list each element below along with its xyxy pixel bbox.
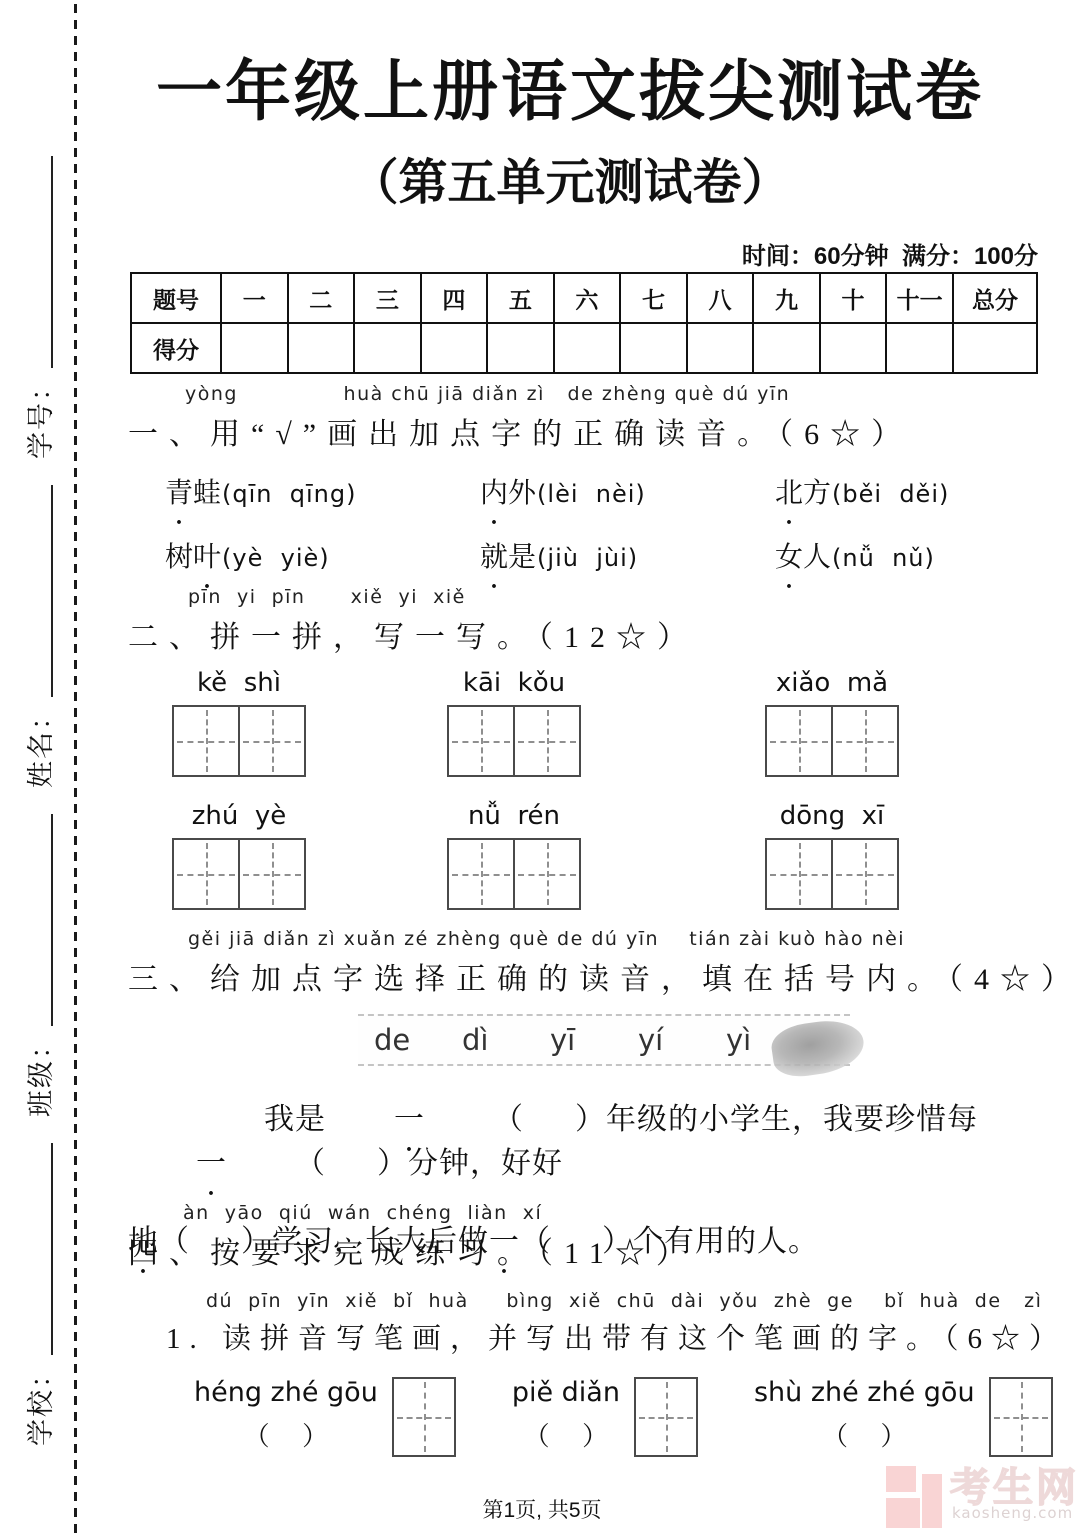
word-chinese: 青·蛙 <box>165 478 221 509</box>
word-pinyin-options: (běi děi) <box>832 480 949 508</box>
word-char: 方 <box>803 471 831 511</box>
score-column-header: 六 <box>554 273 621 323</box>
margin-field-label: 姓名： <box>19 701 58 788</box>
stroke-item: shù zhé zhé gōu（ ） <box>754 1377 1053 1457</box>
stroke-item: héng zhé gōu（ ） <box>194 1377 456 1457</box>
writing-grid-cell <box>174 707 238 775</box>
score-column-header: 十 <box>820 273 887 323</box>
stroke-exercise-row: héng zhé gōu（ ）piě diǎn（ ）shù zhé zhé gō… <box>194 1377 1044 1457</box>
word-item: 北·方(běi děi) <box>775 471 1044 511</box>
word-pinyin-options: (jiù jùi) <box>537 544 638 572</box>
section-four: àn yāo qiú wán chéng liàn xí 四、按要求完成练习。（… <box>128 1202 1044 1457</box>
score-empty-cell <box>421 323 488 373</box>
binding-dashed-line <box>74 4 77 1534</box>
emphasis-dot: · <box>785 518 793 528</box>
score-table-header-row: 题号一二三四五六七八九十十一总分 <box>131 273 1037 323</box>
score-column-header: 二 <box>288 273 355 323</box>
score-empty-cell <box>820 323 887 373</box>
page-subtitle: （第五单元测试卷） <box>100 144 1040 214</box>
word-char: 叶· <box>193 535 221 575</box>
score-column-header: 一 <box>221 273 288 323</box>
bank-option: de <box>374 1023 462 1057</box>
word-chinese: 北·方 <box>775 478 831 509</box>
margin-blank-line <box>51 156 53 368</box>
score-empty-cell <box>753 323 820 373</box>
margin-blank-line <box>51 814 53 1026</box>
word-char: 人 <box>803 535 831 575</box>
sentence-segment: 我是 <box>196 1094 326 1138</box>
word-char: 北· <box>775 471 803 511</box>
word-item: 女·人(nǚ nǔ) <box>775 535 1044 575</box>
section-two-pinyin: pīn yi pīn xiě yi xiě <box>188 586 1044 608</box>
score-empty-cell <box>221 323 288 373</box>
stroke-answer-paren: （ ） <box>194 1416 378 1453</box>
word-char: 树 <box>165 535 193 575</box>
margin-blank-line <box>51 485 53 697</box>
site-watermark: 考生网 kaosheng.com <box>884 1460 1080 1530</box>
fill-blank-sentence-line1: 我是一·（ ）年级的小学生，我要珍惜每一·（ ）分钟，好好 <box>128 1094 1044 1182</box>
stroke-item: piě diǎn（ ） <box>512 1377 698 1457</box>
stroke-labels: piě diǎn（ ） <box>512 1377 620 1453</box>
group-pinyin-label: kāi kǒu <box>447 668 581 698</box>
group-pinyin-label: kě shì <box>172 668 306 698</box>
section-three-pinyin: gěi jiā diǎn zì xuǎn zé zhèng què de dú … <box>188 928 1044 950</box>
word-char: 蛙 <box>193 471 221 511</box>
pinyin-word-bank: dedìyīyíyì <box>358 1014 850 1066</box>
writing-grid-cell <box>636 1379 696 1455</box>
score-column-header: 七 <box>620 273 687 323</box>
word-char: 就· <box>480 535 508 575</box>
writing-grid-cell <box>394 1379 454 1455</box>
pinyin-writing-group: zhú yè <box>172 801 306 910</box>
stroke-writing-grid <box>989 1377 1053 1457</box>
word-char: 女· <box>775 535 803 575</box>
pinyin-writing-group: kāi kǒu <box>447 668 581 777</box>
section-two-writing-groups: kě shìkāi kǒuxiǎo mǎzhú yènǚ réndōng xī <box>128 658 1044 908</box>
margin-field-label: 学校： <box>19 1359 58 1446</box>
section-four-heading: 四、按要求完成练习。（11☆） <box>128 1228 1044 1272</box>
margin-field-label: 班级： <box>19 1030 58 1117</box>
stroke-labels: shù zhé zhé gōu（ ） <box>754 1377 975 1453</box>
word-char: 外 <box>508 471 536 511</box>
group-pinyin-label: xiǎo mǎ <box>765 668 899 698</box>
pinyin-writing-group: xiǎo mǎ <box>765 668 899 777</box>
dotted-char: 一· <box>128 1138 227 1182</box>
item1-heading: 1. 读拼音写笔画，并写出带有这个笔画的字。（6☆） <box>166 1316 1044 1357</box>
word-chinese: 女·人 <box>775 542 831 573</box>
word-char: 内· <box>480 471 508 511</box>
score-empty-cell <box>288 323 355 373</box>
score-column-header: 八 <box>687 273 754 323</box>
writing-grid-cell <box>449 707 513 775</box>
writing-grid <box>447 838 581 910</box>
score-empty-cell <box>687 323 754 373</box>
section-one-words: 青·蛙(qīn qīng)内·外(lèi nèi)北·方(běi děi)树叶·… <box>165 471 1044 575</box>
word-item: 青·蛙(qīn qīng) <box>165 471 480 511</box>
score-column-header: 总分 <box>953 273 1037 323</box>
exam-paper-page: 学校：班级：姓名：学号： 一年级上册语文拔尖测试卷 （第五单元测试卷） 时间：6… <box>0 0 1084 1534</box>
stroke-labels: héng zhé gōu（ ） <box>194 1377 378 1453</box>
writing-grid <box>765 705 899 777</box>
writing-grid <box>447 705 581 777</box>
word-item: 内·外(lèi nèi) <box>480 471 775 511</box>
group-pinyin-label: zhú yè <box>172 801 306 831</box>
writing-grid-cell <box>513 707 579 775</box>
stroke-pinyin: héng zhé gōu <box>194 1377 378 1408</box>
stroke-pinyin: piě diǎn <box>512 1377 620 1408</box>
watermark-site-url: kaosheng.com <box>952 1504 1073 1522</box>
score-empty-cell <box>354 323 421 373</box>
dotted-char: 一· <box>326 1094 425 1138</box>
score-empty-cell <box>886 323 953 373</box>
stroke-pinyin: shù zhé zhé gōu <box>754 1377 975 1408</box>
writing-grid-cell <box>238 840 304 908</box>
word-char: 是 <box>508 535 536 575</box>
score-column-header: 四 <box>421 273 488 323</box>
group-pinyin-label: nǚ rén <box>447 801 581 831</box>
score-row: 得分 <box>131 323 1037 373</box>
watermark-logo-block <box>922 1474 942 1528</box>
bank-option: dì <box>462 1023 550 1057</box>
margin-blank-line <box>51 1143 53 1355</box>
score-column-header: 九 <box>753 273 820 323</box>
score-table: 题号一二三四五六七八九十十一总分得分 <box>130 272 1038 374</box>
writing-grid <box>172 838 306 910</box>
writing-grid <box>765 838 899 910</box>
bank-option: yí <box>638 1023 726 1057</box>
watermark-logo-block <box>886 1498 920 1528</box>
bank-option: yī <box>550 1023 638 1057</box>
word-pinyin-options: (lèi nèi) <box>537 480 646 508</box>
writing-grid-cell <box>831 840 897 908</box>
score-table-corner-cell: 题号 <box>131 273 221 323</box>
writing-grid-cell <box>513 840 579 908</box>
score-column-header: 五 <box>487 273 554 323</box>
stroke-answer-paren: （ ） <box>512 1416 620 1453</box>
stroke-answer-paren: （ ） <box>754 1416 975 1453</box>
writing-grid-cell <box>449 840 513 908</box>
score-empty-cell <box>953 323 1037 373</box>
word-pinyin-options: (yè yiè) <box>222 544 330 572</box>
item1-pinyin: dú pīn yīn xiě bǐ huà bìng xiě chū dài y… <box>206 1290 1044 1312</box>
word-char: 青· <box>165 471 193 511</box>
writing-grid-cell <box>767 707 831 775</box>
pinyin-writing-group: nǚ rén <box>447 801 581 910</box>
emphasis-dot: · <box>490 518 498 528</box>
score-label-cell: 得分 <box>131 323 221 373</box>
score-empty-cell <box>620 323 687 373</box>
word-pinyin-options: (nǚ nǔ) <box>832 544 935 572</box>
section-one: yòng huà chū jiā diǎn zì de zhèng què dú… <box>128 383 1044 575</box>
page-title: 一年级上册语文拔尖测试卷 <box>100 38 1040 133</box>
stroke-writing-grid <box>392 1377 456 1457</box>
bank-options: dedìyīyíyì <box>374 1023 814 1057</box>
margin-field-label: 学号： <box>19 372 58 459</box>
section-three-heading: 三、给加点字选择正确的读音，填在括号内。（4☆） <box>128 954 1044 998</box>
writing-grid-cell <box>991 1379 1051 1455</box>
section-four-pinyin: àn yāo qiú wán chéng liàn xí <box>183 1202 1044 1224</box>
stroke-writing-grid <box>634 1377 698 1457</box>
watermark-logo-block <box>886 1466 916 1492</box>
emphasis-dot: · <box>139 1189 216 1199</box>
score-empty-cell <box>487 323 554 373</box>
group-pinyin-label: dōng xī <box>765 801 899 831</box>
pinyin-writing-group: kě shì <box>172 668 306 777</box>
writing-grid-cell <box>767 840 831 908</box>
emphasis-dot: · <box>175 518 183 528</box>
score-column-header: 三 <box>354 273 421 323</box>
word-chinese: 树叶· <box>165 542 221 573</box>
section-two: pīn yi pīn xiě yi xiě 二、拼一拼，写一写。（12☆） kě… <box>128 586 1044 908</box>
section-two-heading: 二、拼一拼，写一写。（12☆） <box>128 612 1044 656</box>
writing-grid <box>172 705 306 777</box>
word-pinyin-options: (qīn qīng) <box>222 480 356 508</box>
sentence-segment: （ ）分钟，好好 <box>227 1138 563 1182</box>
margin-fields: 学校：班级：姓名：学号： <box>6 0 70 1534</box>
section-one-heading: 一、用“√”画出加点字的正确读音。（6☆） <box>128 409 1044 453</box>
section-one-pinyin: yòng huà chū jiā diǎn zì de zhèng què dú… <box>185 383 1044 405</box>
word-item: 树叶·(yè yiè) <box>165 535 480 575</box>
pinyin-writing-group: dōng xī <box>765 801 899 910</box>
word-chinese: 内·外 <box>480 478 536 509</box>
sentence-segment: （ ）年级的小学生，我要珍惜每 <box>425 1094 978 1138</box>
word-item: 就·是(jiù jùi) <box>480 535 775 575</box>
score-empty-cell <box>554 323 621 373</box>
writing-grid-cell <box>831 707 897 775</box>
word-chinese: 就·是 <box>480 542 536 573</box>
score-column-header: 十一 <box>886 273 953 323</box>
time-info: 时间：60分钟 满分：100分 <box>742 236 1038 271</box>
writing-grid-cell <box>238 707 304 775</box>
writing-grid-cell <box>174 840 238 908</box>
